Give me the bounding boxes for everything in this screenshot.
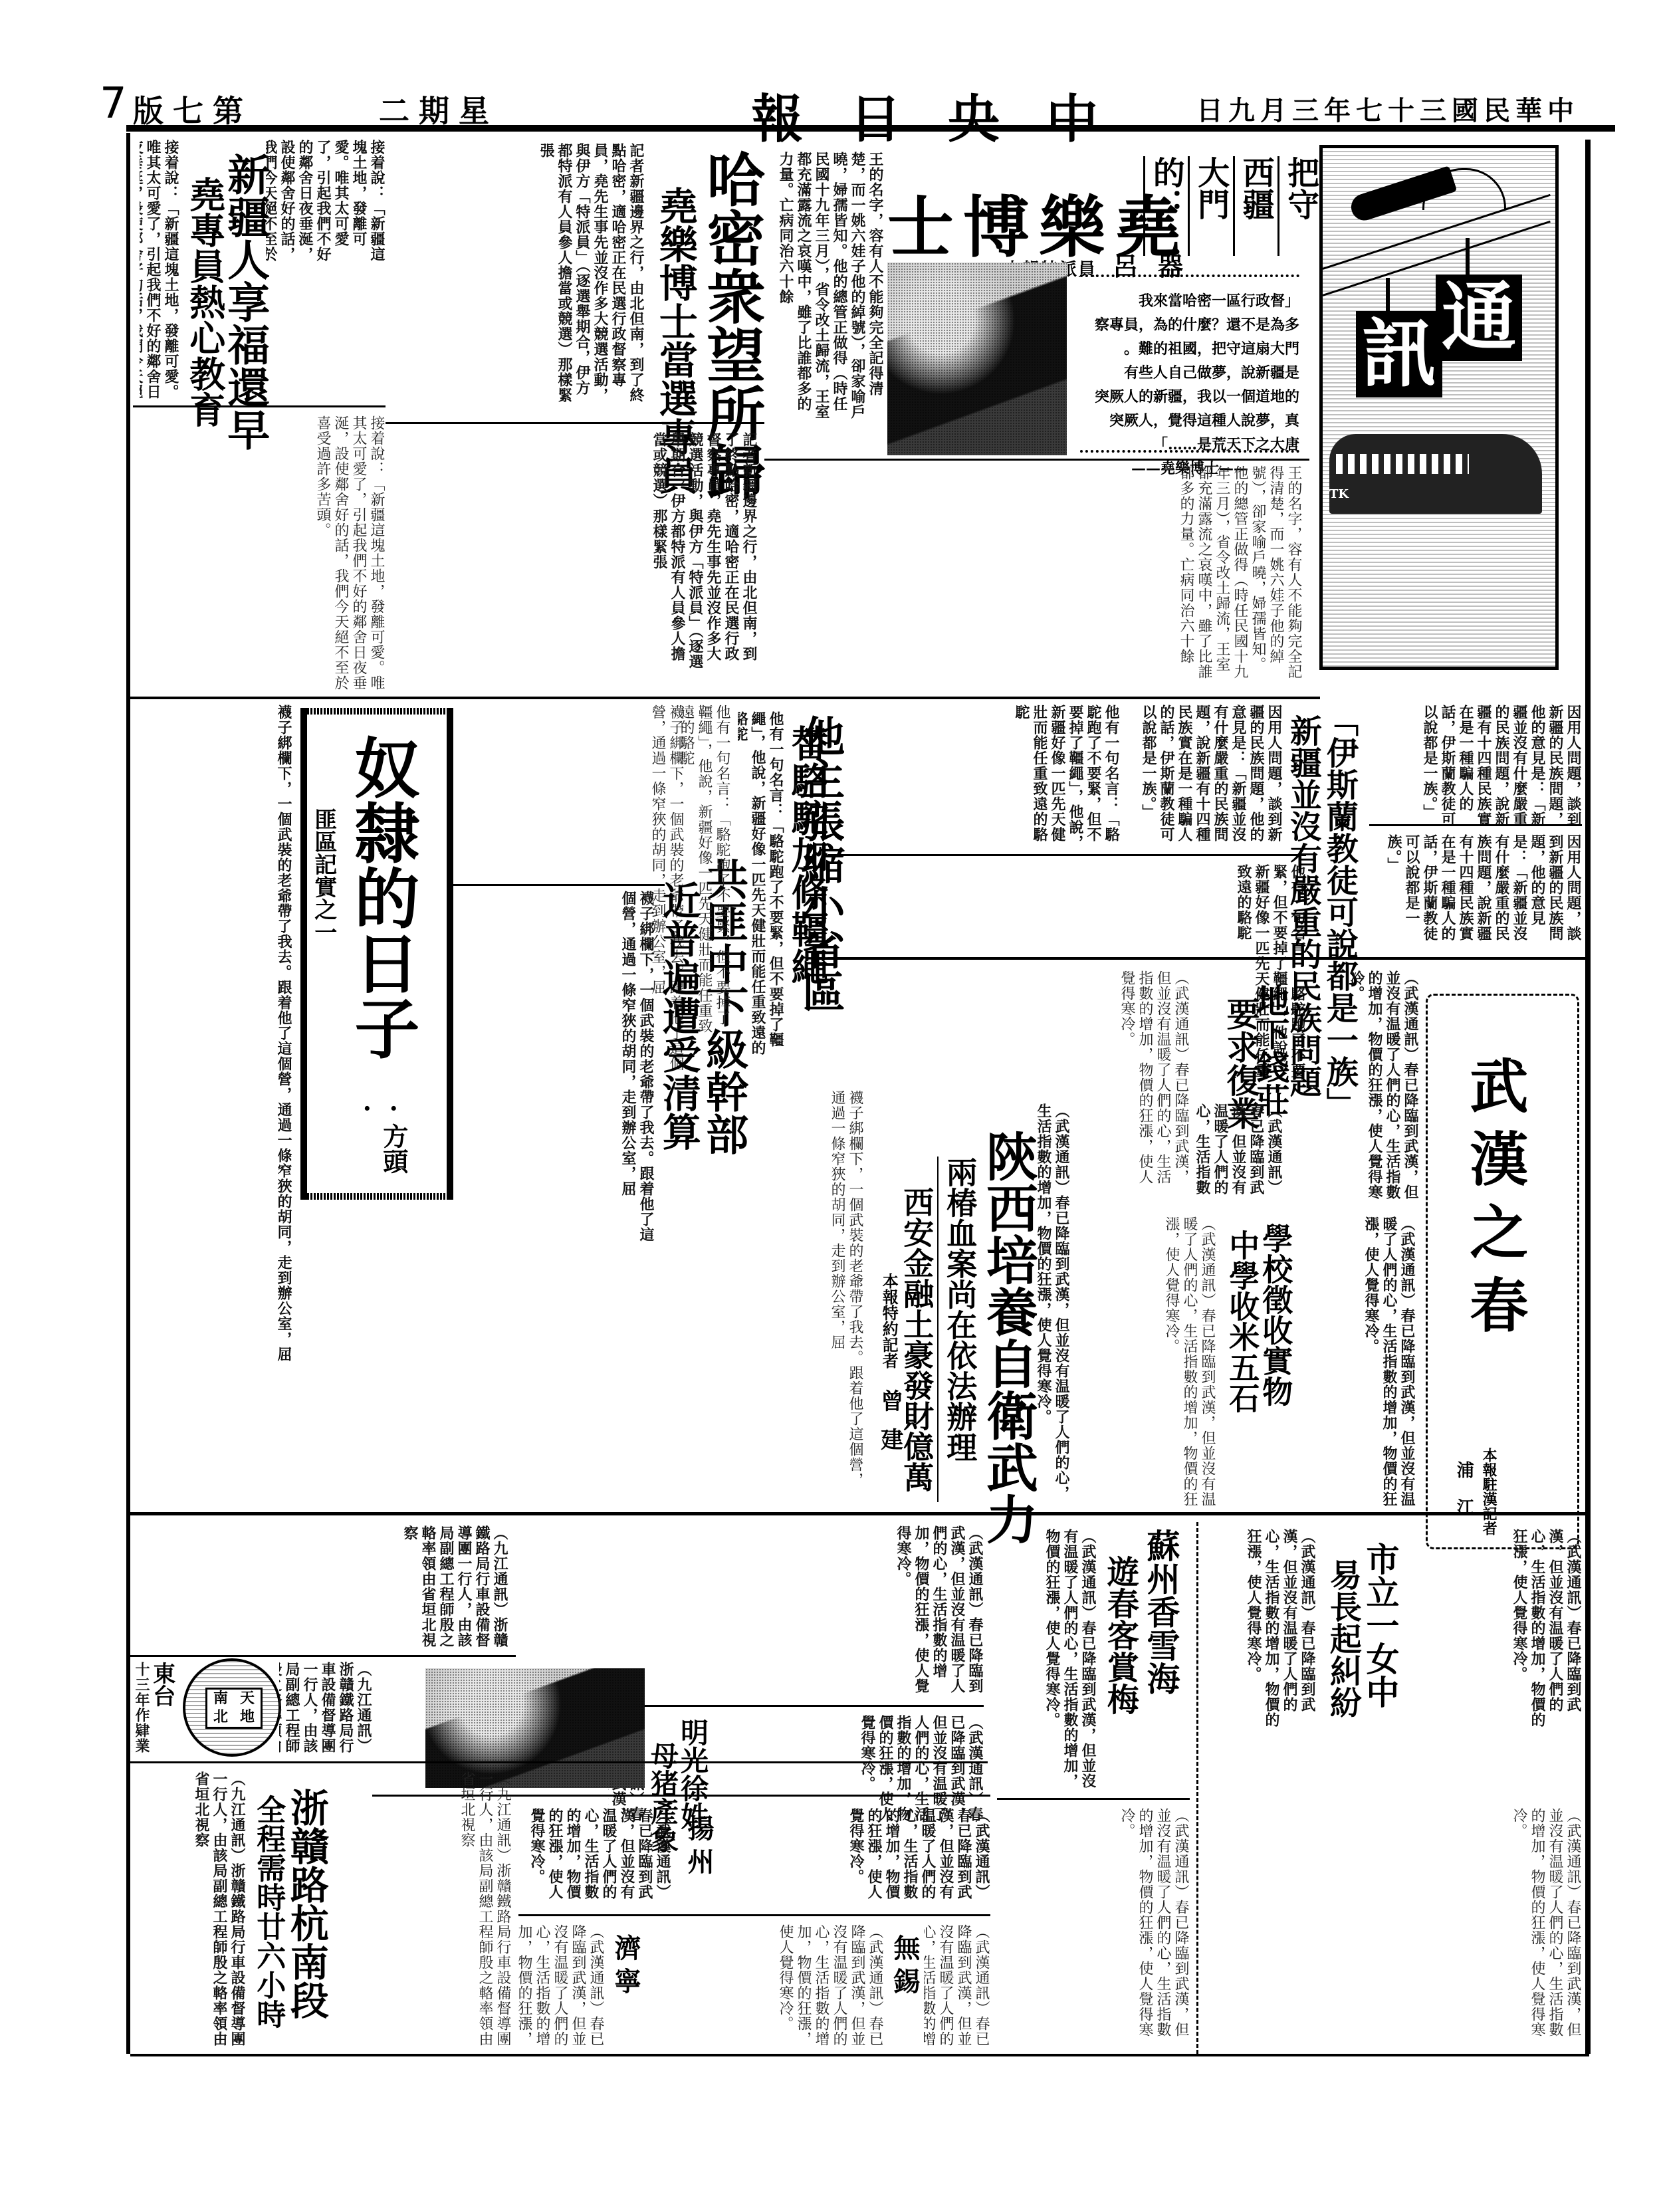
dateline-dongtai: 東台 <box>150 1662 173 1707</box>
qianzhuang-body: （武漢通訊）春已降臨到武漢，但並沒有温暖了人們的心，生活指數的增加，物價的狂漲，… <box>1196 1103 1283 1210</box>
slave-days-series: 匪區記實之一 <box>311 808 335 943</box>
yangzhou-body: （武漢通訊）春已降臨到武漢，但並沒有温暖了人們的心，生活指數的增加，物價的狂漲，… <box>525 1808 671 1908</box>
lead-body-upper: 王的名字，容有人不能夠完全記得清楚，而一姚六娃子他的綽號），卻家喻戶曉，婦孺皆知… <box>764 152 884 424</box>
section-rule <box>828 957 1585 960</box>
divider <box>1369 824 1582 826</box>
bottom-rule <box>130 2054 1589 2056</box>
camel-subheadline: 替駱駝加條韁繩 <box>788 724 827 985</box>
jining-body: （武漢通訊）春已降臨到武漢，但並沒有温暖了人們的心，生活指數的增加，物價的狂漲，… <box>518 1924 605 2050</box>
divider <box>518 1914 990 1916</box>
shaanxi-byline-name: 曾建 <box>877 1389 901 1466</box>
telegraph-pole-icon <box>1386 278 1390 311</box>
kicker-line: 西疆 <box>1233 156 1272 256</box>
divider <box>130 1761 988 1763</box>
artist-mark: TK <box>1329 487 1349 501</box>
divider <box>828 854 1306 856</box>
telegraph-pole-icon <box>1466 238 1470 278</box>
shaanxi-subheadline-2: 西安金融土豪發財億萬 <box>901 1186 933 1492</box>
yangzhou-body-2: （武漢通訊）春已降臨到武漢，但並沒有温暖了人們的心，生活指數的增加，物價的狂漲，… <box>724 1808 990 1908</box>
shaanbei-body: （九江通訊）浙贛鐵路局行車設備督導團一行人，由該局副總工程師殷之輅率領由省垣北視… <box>136 1525 508 1652</box>
camel-body: 他有一句名言：「駱駝跑了不要緊，但不要掉了韁繩」，他說，新疆好像一匹先天健壯而能… <box>738 711 784 1057</box>
suzhou-subheadline: 遊春客賞梅 <box>1103 1555 1137 1715</box>
dateline-yangzhou: 揚州 <box>685 1815 713 1881</box>
quote-line: 是荒天下之大唐……」 <box>1080 433 1299 457</box>
tiannan-body: 十三年作肄業第一區暨，決查縣第二三四分縣暨 <box>132 1662 150 1755</box>
tiannan-body-2: （九江通訊）浙贛鐵路局行車設備督導團一行人，由該局副總工程師殷之輅率領由省垣北視… <box>279 1662 372 1755</box>
divider <box>937 1157 939 1502</box>
camel-body-2: 他有一句名言：「駱駝跑了不要緊，但不要掉了韁繩」，他說，新疆好像一匹先天健壯而能… <box>671 705 731 1037</box>
islam-body: 因用人問題，談到新疆的民族問題，他的意見是：「新疆並沒有什麼嚴重的民族問題，說新… <box>1130 705 1283 844</box>
divider <box>386 422 764 424</box>
logo-char: 地 <box>234 1708 261 1727</box>
mingguang-photo <box>425 1668 645 1788</box>
xinjiang-body: 接着說：「新疆這塊土地，發離可愛。唯其太可愛了，引起我們不好的鄰舍日夜垂涎，設使… <box>266 140 386 266</box>
school-body-2: （武漢通訊）春已降臨到武漢，但並沒有温暖了人們的心，生活指數的增加，物價的狂漲，… <box>1070 1216 1216 1515</box>
islam-body-2: 因用人問題，談到新疆的民族問題，他的意見是：「新疆並沒有什麼嚴重的民族問題，說新… <box>1369 705 1582 837</box>
girls-school-body-3: （武漢通訊）春已降臨到武漢，但並沒有温暖了人們的心，生活指數的增加，物價的狂漲，… <box>1210 1808 1582 2047</box>
pull-quote: 「我來當哈密一區行政督 察專員，為的什麼？還不是為多 難的祖國，把守這扇大門。 … <box>1080 263 1299 462</box>
tiannan-dibei-logo: 南 天 北 地 <box>183 1658 281 1757</box>
quote-line: 察專員，為的什麼？還不是為多 <box>1080 313 1299 337</box>
section-rule <box>130 697 1320 699</box>
wuhan-body-2: （武漢通訊）春已降臨到武漢，但並沒有温暖了人們的心，生活指數的增加，物價的狂漲，… <box>1070 970 1190 1196</box>
logo-char: 北 <box>207 1708 234 1727</box>
slave-days-body: 襪子綁欄下，一個武裝的老爺帶了我去。跟着他了這個營，通過一條窄狹的胡同，走到辦公… <box>133 705 292 1502</box>
zhegan-subheadline: 全程需時廿六小時 <box>253 1795 283 2029</box>
zhegan-headline: 浙贛路杭南段 <box>286 1788 326 2019</box>
train-icon <box>1329 434 1542 514</box>
wuhan-title-box: 武漢之春 本報駐漢記者 浦江 <box>1426 994 1579 1549</box>
divider <box>764 459 1309 461</box>
wuhan-title: 武漢之春 <box>1464 1055 1525 1348</box>
school-subheadline: 中學收米五石 <box>1226 1230 1258 1413</box>
tongxun-logo: 通 訊 TK <box>1319 145 1559 670</box>
suzhou-body-2: （武漢通訊）春已降臨到武漢，但並沒有温暖了人們的心，生活指數的增加，物價的狂漲，… <box>997 1808 1190 2047</box>
xinjiang-subheadline: 堯專員熱心教育 <box>186 176 224 427</box>
girls-school-body: （武漢通訊）春已降臨到武漢，但並沒有温暖了人們的心，生活指數的增加，物價的狂漲，… <box>1442 1529 1582 1728</box>
masthead-rule <box>126 125 1615 132</box>
communist-body-2: 襪子綁欄下，一個武裝的老爺帶了我去。跟着他了這個營，通過一條窄狹的胡同，走到辦公… <box>452 1090 864 1502</box>
islam-body-3: 因用人問題，談到新疆的民族問題，他的意見是：「新疆並沒有什麼嚴重的民族問題，說新… <box>1369 834 1582 947</box>
column-separator-dashed <box>1196 1522 1198 2054</box>
hami-body: 記者新疆邊界之行，由北但南，到了終點哈密，適哈密正在民選行政督察專員，堯先生事先… <box>399 143 645 409</box>
kicker-line: 把守 <box>1277 156 1317 256</box>
girls-school-headline: 市立一女中 <box>1363 1542 1398 1708</box>
logo-char: 南 <box>207 1690 234 1708</box>
quote-line: 突厥人的新疆，我以一個道地的 <box>1080 385 1299 409</box>
suzhou-body: （武漢通訊）春已降臨到武漢，但並沒有温暖了人們的心，生活指數的增加，物價的狂漲，… <box>1004 1529 1097 1795</box>
section-rule <box>130 1512 1586 1515</box>
mingguang-headline: 明光徐姓 <box>678 1718 707 1830</box>
logo-char: 天 <box>234 1690 261 1708</box>
logo-char-tong: 通 <box>1436 275 1522 361</box>
publication-date: 中華民國三十七年三月九日 <box>1196 90 1579 128</box>
dateline-jining: 濟寧 <box>611 1934 639 2001</box>
hami-body-2: 記者新疆邊界之行，由北但南，到了終點哈密，適哈密正在民選行政督察專員，堯先生事先… <box>386 432 758 671</box>
lead-body-lower: 王的名字，容有人不能夠完全記得清楚，而一姚六娃子他的綽號），卻家喻戶曉，婦孺皆知… <box>798 465 1303 685</box>
suzhou-headline: 蘇州香雪海 <box>1143 1529 1178 1695</box>
girls-school-body-2: （武漢通訊）春已降臨到武漢，但並沒有温暖了人們的心，生活指數的增加，物價的狂漲，… <box>1210 1529 1316 1728</box>
girls-school-subheadline: 易長起糾紛 <box>1326 1559 1359 1718</box>
divider <box>130 1655 516 1657</box>
quote-line: 突厥人，覺得這種人說夢，真 <box>1080 409 1299 433</box>
divider <box>452 884 665 886</box>
lead-portrait-photo <box>887 263 1067 455</box>
wuxi-body-2: （武漢通訊）春已降臨到武漢，但並沒有温暖了人們的心，生活指數的增加，物價的狂漲，… <box>924 1924 990 2050</box>
right-border <box>1585 140 1591 2054</box>
shaanxi-body: （武漢通訊）春已降臨到武漢，但並沒有温暖了人們的心，生活指數的增加，物價的狂漲，… <box>1030 1103 1070 1515</box>
slave-days-box: 奴隸的日子 匪區記實之一 ·方頭· <box>300 708 453 1200</box>
wuxi-body: （武漢通訊）春已降臨到武漢，但並沒有温暖了人們的心，生活指數的增加，物價的狂漲，… <box>645 1924 884 2050</box>
school-headline: 學校徵收實物 <box>1260 1223 1291 1406</box>
slave-days-author: ·方頭· <box>354 1093 407 1200</box>
logo-char-xun: 訊 <box>1356 311 1442 397</box>
left-border <box>126 133 130 2054</box>
shaanxi-byline-prefix: 本報特約記者 <box>881 1273 897 1369</box>
xinjiang-body-3: 接着說：「新疆這塊土地，發離可愛。唯其太可愛了，引起我們不好的鄰舍日夜垂涎，設使… <box>133 415 386 695</box>
newspaper-name: 中央日報 <box>751 78 1145 152</box>
shaanxi-headline: 陝西培養自衛武力 <box>980 1130 1035 1545</box>
quote-line: 難的祖國，把守這扇大門。 <box>1080 337 1299 361</box>
divider <box>133 405 386 407</box>
zhegan-body: （九江通訊）浙贛鐵路局行車設備督導團一行人，由該局副總工程師殷之輅率領由省垣北視… <box>133 1771 246 2050</box>
quote-line: 「我來當哈密一區行政督 <box>1080 289 1299 313</box>
school-body: （武漢通訊）春已降臨到武漢，但並沒有温暖了人們的心，生活指數的增加，物價的狂漲，… <box>1296 1216 1416 1515</box>
zhegan-body-2: （九江通訊）浙贛鐵路局行車設備督導團一行人，由該局副總工程師殷之輅率領由省垣北視… <box>332 1771 512 2050</box>
xinjiang-body-2: 接着說：「新疆這塊土地，發離可愛。唯其太可愛了，引起我們不好的鄰舍日夜垂涎，設使… <box>140 140 179 405</box>
dateline-wuxi: 無錫 <box>891 1934 919 2001</box>
page-handwritten-mark: 7 <box>100 79 127 128</box>
quote-line: 有些人自己做夢，說新疆是 <box>1080 361 1299 385</box>
camel-body-3: 他有一句名言：「駱駝跑了不要緊，但不要掉了韁繩」，他說，新疆好像一匹先天健壯而能… <box>828 705 1120 851</box>
kicker-line: 大門 <box>1188 156 1227 256</box>
divider <box>997 1798 1190 1800</box>
slave-days-title: 奴隸的日子 <box>347 734 415 1060</box>
wuhan-byline-prefix: 本報駐漢記者 <box>1481 1448 1496 1535</box>
shaanxi-subheadline-1: 兩椿血案尚在依法辦理 <box>944 1157 976 1462</box>
wuhan-byline-name: 浦江 <box>1454 1461 1472 1535</box>
